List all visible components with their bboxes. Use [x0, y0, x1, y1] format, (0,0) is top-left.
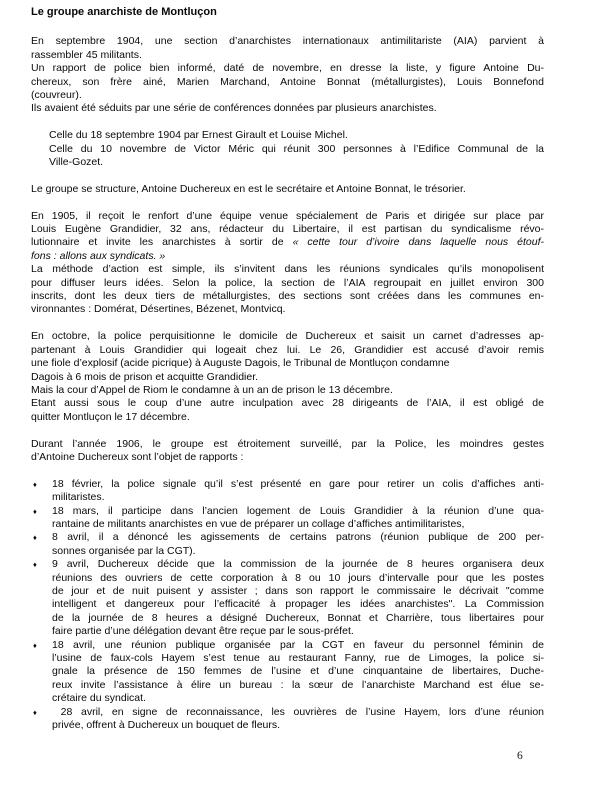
- text-line: privée, offrent à Duchereux un bouquet d…: [52, 719, 544, 732]
- text-line: Celle du 10 novembre de Victor Méric qui…: [49, 143, 544, 156]
- text-line: quitter Montluçon le 17 décembre.: [31, 411, 544, 424]
- bullet-item: ♦18 février, la police signale qu’il s’e…: [31, 478, 544, 505]
- paragraph-spacer: [31, 464, 544, 477]
- text-segment: 9 avril, Duchereux décide que la commiss…: [52, 558, 544, 570]
- text-segment: inscrits, dont les deux tiers de métallu…: [31, 290, 544, 302]
- text-line: faire partie d’une délégation devant êtr…: [52, 625, 544, 638]
- bullet-diamond-icon: ♦: [33, 478, 37, 491]
- text-segment: de la journée de 8 heures a désigné Duch…: [52, 612, 544, 624]
- bullet-diamond-icon: ♦: [33, 639, 37, 652]
- text-line: 28 avril, en signe de reconnaissance, le…: [52, 706, 544, 719]
- text-segment: partenant à Louis Grandidier qui logeait…: [31, 344, 544, 356]
- text-segment: 18 avril, une réunion publique organisée…: [52, 639, 544, 651]
- paragraph: Un rapport de police bien informé, daté …: [31, 62, 544, 102]
- text-line: l’usine de faux-cols Hayem s’est tenue a…: [52, 652, 544, 665]
- bullet-diamond-icon: ♦: [33, 558, 37, 571]
- text-line: En octobre, la police perquisitionne le …: [31, 330, 544, 343]
- text-line: 18 février, la police signale qu’il s’es…: [52, 478, 544, 491]
- text-line: lutionnaire et invite les anarchistes à …: [31, 236, 544, 249]
- text-segment: rantaine de militants anarchistes en vue…: [52, 518, 464, 530]
- text-line: de jour et de nuit puisent y assister ; …: [52, 585, 544, 598]
- paragraph: Mais la cour d’Appel de Riom le condamne…: [31, 384, 544, 397]
- text-line: En 1905, il reçoit le renfort d’une équi…: [31, 210, 544, 223]
- text-line: intelligent et dangereux pour l’efficaci…: [52, 598, 544, 611]
- paragraph-spacer: [31, 169, 544, 182]
- text-line: de la journée de 8 heures a désigné Duch…: [52, 612, 544, 625]
- page-number: 6: [517, 750, 523, 762]
- text-segment: Etant aussi sous le coup d’une autre inc…: [31, 397, 544, 409]
- bullet-item: ♦18 mars, il participe dans l’ancien log…: [31, 505, 544, 532]
- text-segment: chereux, son frère ainé, Marien Marchand…: [31, 76, 544, 88]
- text-segment: militaristes.: [52, 491, 105, 503]
- text-segment: crétaire du syndicat.: [52, 692, 146, 704]
- text-line: d’Antoine Duchereux sont l’objet de rapp…: [31, 451, 544, 464]
- text-segment: lutionnaire et invite les anarchistes à …: [31, 236, 293, 248]
- text-segment: intelligent et dangereux pour l’efficaci…: [52, 598, 544, 610]
- text-line: Dagois à 6 mois de prison et acquitte Gr…: [31, 371, 544, 384]
- italic-quote-text: « cette tour d’ivoire dans laquelle nous…: [293, 236, 544, 248]
- paragraph: Ils avaient été séduits par une série de…: [31, 102, 544, 115]
- text-line: sonnes organisée par la CGT).: [52, 545, 544, 558]
- bullet-item: ♦9 avril, Duchereux décide que la commis…: [31, 558, 544, 638]
- text-line: gnale la présence de 150 femmes de l’usi…: [52, 665, 544, 678]
- text-segment: réunions des ouvriers de cette corporati…: [52, 572, 544, 584]
- text-line: chereux, son frère ainé, Marien Marchand…: [31, 76, 544, 89]
- text-segment: rassembler 45 militants.: [31, 49, 142, 61]
- text-segment: Mais la cour d’Appel de Riom le condamne…: [31, 384, 393, 396]
- text-line: réunions des ouvriers de cette corporati…: [52, 572, 544, 585]
- text-segment: faire partie d’une délégation devant êtr…: [52, 625, 354, 637]
- text-segment: Durant l’année 1906, le groupe est étroi…: [31, 438, 544, 450]
- paragraph: La méthode d’action est simple, ils s’in…: [31, 263, 544, 317]
- bullet-item: ♦8 avril, il a dénoncé les agissements d…: [31, 531, 544, 558]
- text-line: Louis Eugène Grandidier, 32 ans, rédacte…: [31, 223, 544, 236]
- paragraph: En 1905, il reçoit le renfort d’une équi…: [31, 210, 544, 264]
- document-title: Le groupe anarchiste de Montluçon: [31, 6, 544, 19]
- text-segment: 18 février, la police signale qu’il s’es…: [52, 478, 544, 490]
- text-segment: En septembre 1904, une section d’anarchi…: [31, 35, 544, 47]
- italic-quote-text: fons : allons aux syndicats. »: [31, 250, 165, 262]
- text-segment: sonnes organisée par la CGT).: [52, 545, 196, 557]
- text-line: 8 avril, il a dénoncé les agissements de…: [52, 531, 544, 544]
- text-line: La méthode d’action est simple, ils s’in…: [31, 263, 544, 276]
- document-blocks: En septembre 1904, une section d’anarchi…: [31, 35, 544, 732]
- text-segment: Le groupe se structure, Antoine Duchereu…: [31, 183, 466, 195]
- paragraph-spacer: [31, 116, 544, 129]
- text-line: En septembre 1904, une section d’anarchi…: [31, 35, 544, 48]
- paragraph: Etant aussi sous le coup d’une autre inc…: [31, 397, 544, 424]
- text-line: inscrits, dont les deux tiers de métallu…: [31, 290, 544, 303]
- text-line: Mais la cour d’Appel de Riom le condamne…: [31, 384, 544, 397]
- text-segment: l’usine de faux-cols Hayem s’est tenue a…: [52, 652, 544, 664]
- text-segment: Un rapport de police bien informé, daté …: [31, 62, 544, 74]
- paragraph: Celle du 10 novembre de Victor Méric qui…: [49, 143, 544, 170]
- document-body: Le groupe anarchiste de Montluçon En sep…: [31, 6, 544, 732]
- text-line: Ils avaient été séduits par une série de…: [31, 102, 544, 115]
- text-line: Durant l’année 1906, le groupe est étroi…: [31, 438, 544, 451]
- paragraph: En septembre 1904, une section d’anarchi…: [31, 35, 544, 62]
- text-segment: quitter Montluçon le 17 décembre.: [31, 411, 190, 423]
- text-segment: pour diffuser leurs idées. Selon la poli…: [31, 277, 544, 289]
- text-segment: La méthode d’action est simple, ils s’in…: [31, 263, 544, 275]
- bullet-item: ♦18 avril, une réunion publique organisé…: [31, 639, 544, 706]
- text-line: Etant aussi sous le coup d’une autre inc…: [31, 397, 544, 410]
- text-line: fons : allons aux syndicats. »: [31, 250, 544, 263]
- paragraph: Celle du 18 septembre 1904 par Ernest Gi…: [49, 129, 544, 142]
- text-segment: reux invite l’assistance à élire un bure…: [52, 679, 544, 691]
- text-line: 9 avril, Duchereux décide que la commiss…: [52, 558, 544, 571]
- text-line: Un rapport de police bien informé, daté …: [31, 62, 544, 75]
- text-line: Celle du 18 septembre 1904 par Ernest Gi…: [49, 129, 544, 142]
- text-line: rantaine de militants anarchistes en vue…: [52, 518, 544, 531]
- text-segment: Dagois à 6 mois de prison et acquitte Gr…: [31, 371, 258, 383]
- document-page: Le groupe anarchiste de Montluçon En sep…: [0, 0, 600, 800]
- text-segment: Louis Eugène Grandidier, 32 ans, rédacte…: [31, 223, 544, 235]
- text-line: reux invite l’assistance à élire un bure…: [52, 679, 544, 692]
- text-segment: En 1905, il reçoit le renfort d’une équi…: [31, 210, 544, 222]
- paragraph: Durant l’année 1906, le groupe est étroi…: [31, 438, 544, 465]
- text-line: 18 avril, une réunion publique organisée…: [52, 639, 544, 652]
- text-segment: 28 avril, en signe de reconnaissance, le…: [52, 706, 544, 718]
- text-line: pour diffuser leurs idées. Selon la poli…: [31, 277, 544, 290]
- bullet-diamond-icon: ♦: [33, 706, 37, 719]
- paragraph: En octobre, la police perquisitionne le …: [31, 330, 544, 384]
- text-line: militaristes.: [52, 491, 544, 504]
- text-line: vironnantes : Domérat, Désertines, Bézen…: [31, 303, 544, 316]
- text-line: 18 mars, il participe dans l’ancien loge…: [52, 505, 544, 518]
- text-segment: Ils avaient été séduits par une série de…: [31, 102, 437, 114]
- text-line: partenant à Louis Grandidier qui logeait…: [31, 344, 544, 357]
- bullet-item: ♦ 28 avril, en signe de reconnaissance, …: [31, 706, 544, 733]
- text-segment: 8 avril, il a dénoncé les agissements de…: [52, 531, 544, 543]
- text-segment: privée, offrent à Duchereux un bouquet d…: [52, 719, 280, 731]
- text-segment: En octobre, la police perquisitionne le …: [31, 330, 544, 342]
- bullet-diamond-icon: ♦: [33, 505, 37, 518]
- paragraph-spacer: [31, 317, 544, 330]
- text-segment: Celle du 10 novembre de Victor Méric qui…: [49, 143, 544, 155]
- text-segment: une fiole d’explosif (acide picrique) à …: [31, 357, 450, 369]
- text-line: crétaire du syndicat.: [52, 692, 544, 705]
- text-line: rassembler 45 militants.: [31, 49, 544, 62]
- text-line: une fiole d’explosif (acide picrique) à …: [31, 357, 544, 370]
- text-segment: vironnantes : Domérat, Désertines, Bézen…: [31, 303, 285, 315]
- text-segment: de jour et de nuit puisent y assister ; …: [52, 585, 544, 597]
- text-segment: 18 mars, il participe dans l’ancien loge…: [52, 505, 544, 517]
- paragraph-spacer: [31, 196, 544, 209]
- paragraph: Le groupe se structure, Antoine Duchereu…: [31, 183, 544, 196]
- text-line: (couvreur).: [31, 89, 544, 102]
- text-segment: (couvreur).: [31, 89, 82, 101]
- text-segment: Ville-Gozet.: [49, 156, 103, 168]
- text-segment: gnale la présence de 150 femmes de l’usi…: [52, 665, 544, 677]
- bullet-diamond-icon: ♦: [33, 531, 37, 544]
- text-segment: Celle du 18 septembre 1904 par Ernest Gi…: [49, 129, 348, 141]
- text-line: Le groupe se structure, Antoine Duchereu…: [31, 183, 544, 196]
- text-line: Ville-Gozet.: [49, 156, 544, 169]
- text-segment: d’Antoine Duchereux sont l’objet de rapp…: [31, 451, 243, 463]
- paragraph-spacer: [31, 424, 544, 437]
